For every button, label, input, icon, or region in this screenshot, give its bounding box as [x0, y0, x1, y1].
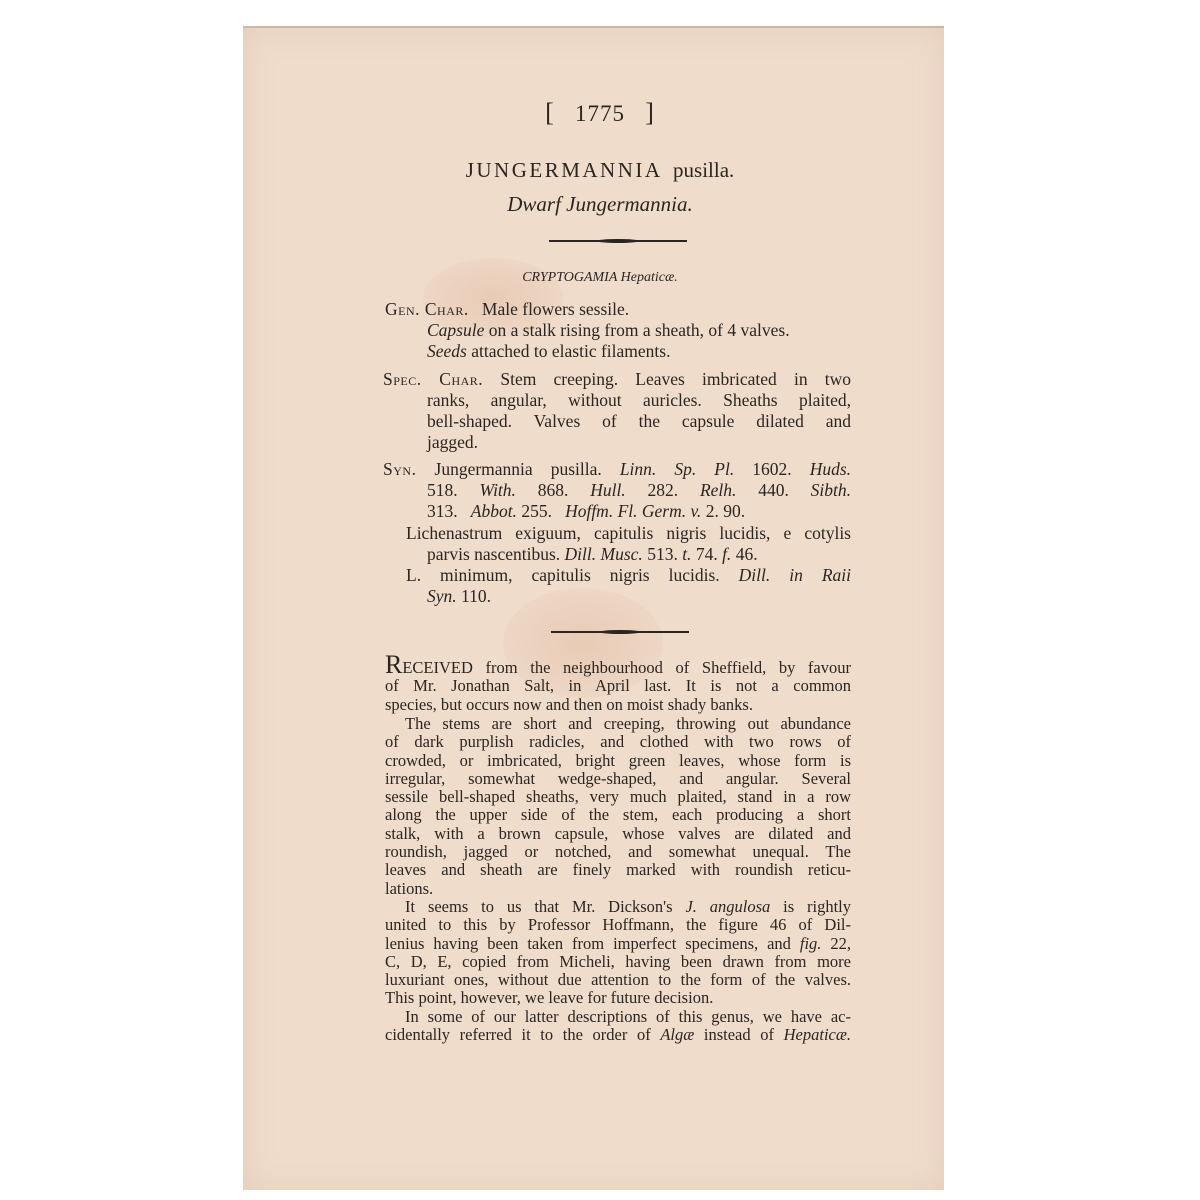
page-number: [ 1775 ]	[0, 98, 1200, 128]
syn-line-6: L. minimum, capitulis nigris lucidis. Di…	[406, 565, 851, 586]
body-paragraph-1: RECEIVED from the neighbourhood of Sheff…	[385, 656, 851, 714]
gen-char-label: Gen. Char.	[385, 299, 469, 319]
syn-line-2: 518. With. 868. Hull. 282. Relh. 440. Si…	[427, 480, 851, 501]
gen-char-line-1: Gen. Char. Male flowers sessile.	[385, 299, 629, 320]
body-paragraph-3: It seems to us that Mr. Dickson's J. ang…	[385, 898, 851, 1008]
syn-line-5: parvis nascentibus. Dill. Musc. 513. t. …	[427, 544, 758, 565]
page-title: JUNGERMANNIA pusilla.	[0, 158, 1200, 183]
ornamental-rule	[551, 631, 689, 633]
spec-char-line-2: ranks, angular, without auricles. Sheath…	[427, 390, 851, 411]
spec-char-label: Spec. Char.	[383, 369, 483, 389]
spec-char-line-4: jagged.	[427, 432, 478, 453]
gen-char-line-2: Capsule on a stalk rising from a sheath,…	[427, 320, 790, 341]
genus-name: JUNGERMANNIA	[466, 158, 663, 182]
syn-line-4: Lichenastrum exiguum, capitulis nigris l…	[406, 523, 851, 544]
syn-line-7: Syn. 110.	[427, 586, 491, 607]
syn-label: Syn.	[383, 459, 416, 479]
classification: CRYPTOGAMIA Hepaticæ.	[0, 270, 1200, 286]
ornamental-rule	[549, 240, 687, 242]
species-name: pusilla.	[673, 158, 734, 182]
body-paragraph-4: In some of our latter descriptions of th…	[385, 1008, 851, 1045]
syn-line-3: 313. Abbot. 255. Hoffm. Fl. Germ. v. 2. …	[427, 501, 745, 522]
gen-char-line-3: Seeds attached to elastic filaments.	[427, 341, 670, 362]
spec-char-line-3: bell-shaped. Valves of the capsule dilat…	[427, 411, 851, 432]
common-name: Dwarf Jungermannia.	[0, 192, 1200, 217]
syn-line-1: Syn. Jungermannia pusilla. Linn. Sp. Pl.…	[383, 459, 851, 480]
spec-char-line-1: Spec. Char. Stem creeping. Leaves imbric…	[383, 369, 851, 390]
body-paragraph-2: The stems are short and creeping, throwi…	[385, 715, 851, 898]
